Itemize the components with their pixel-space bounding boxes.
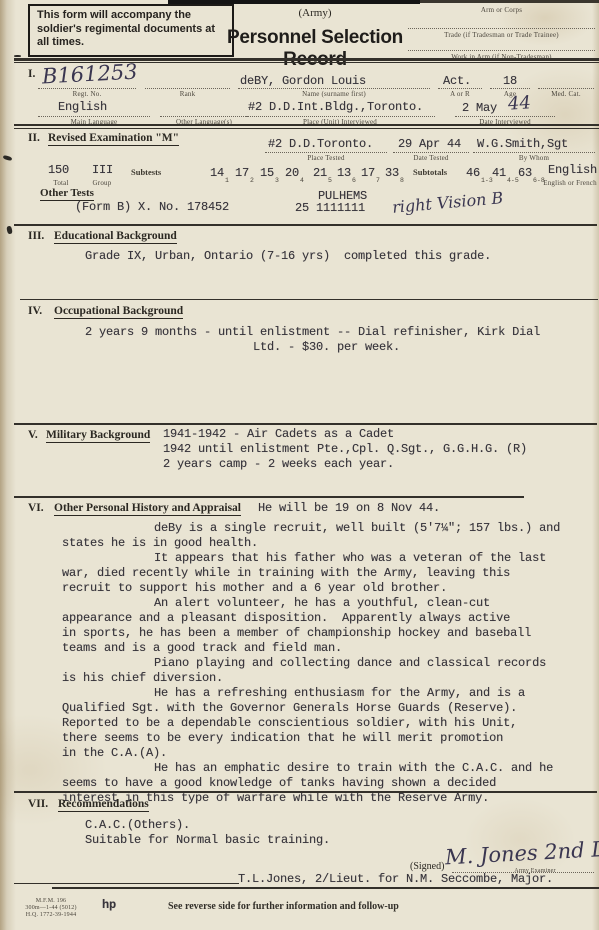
trade-label: Trade (if Tradesman or Trade Trainee) xyxy=(408,31,595,39)
pulhems-value: 25 1111111 xyxy=(295,201,365,215)
form-b-value: (Form B) X. No. 178452 xyxy=(75,200,229,214)
subtest-score-2: 172 xyxy=(235,163,254,184)
ink-speck xyxy=(14,55,21,57)
section3-heading: Educational Background xyxy=(54,230,177,244)
place-tested-label: Place Tested xyxy=(265,154,387,162)
section2-rule xyxy=(14,224,597,226)
cutoff-header-line xyxy=(420,0,599,3)
date-interviewed-value: 2 May xyxy=(462,101,497,115)
place-tested-value: #2 D.D.Toronto. xyxy=(268,137,373,151)
name-line xyxy=(238,88,430,89)
appraisal-paragraph: It appears that his father who was a vet… xyxy=(62,551,572,596)
education-text: Grade IX, Urban, Ontario (7-16 yrs) comp… xyxy=(85,249,491,263)
recommendations-text: C.A.C.(Others). Suitable for Normal basi… xyxy=(85,818,485,848)
section4-rule xyxy=(14,423,597,425)
date-tested-value: 29 Apr 44 xyxy=(398,137,461,151)
med-cat-label: Med. Cat. xyxy=(538,90,594,98)
exam-language-value: English xyxy=(548,163,597,177)
subtest-score-6: 136 xyxy=(337,163,356,184)
section2-number: II. xyxy=(28,132,40,144)
appraisal-paragraphs: deBy is a single recruit, well built (5'… xyxy=(62,521,572,806)
appraisal-headline: He will be 19 on 8 Nov 44. xyxy=(258,501,440,515)
section5-number: V. xyxy=(28,429,38,441)
print-code-3: H.Q. 1772-39-1944 xyxy=(10,912,92,919)
appraisal-paragraph: He has a refreshing enthusiasm for the A… xyxy=(62,686,572,761)
subtest-score-5: 215 xyxy=(313,163,332,184)
army-examiner-label: Army Examiner xyxy=(505,867,565,875)
other-tests-heading: Other Tests xyxy=(40,187,94,201)
a-or-r-label: A or R xyxy=(438,90,482,98)
reverse-side-note: See reverse side for further information… xyxy=(168,901,399,912)
arm-or-corps-label: Arm or Corps xyxy=(408,6,595,14)
officer-underline xyxy=(52,887,599,889)
date-tested-label: Date Tested xyxy=(393,154,469,162)
by-whom-value: W.G.Smith,Sgt xyxy=(477,137,568,151)
m-total-value: 150 xyxy=(48,163,69,177)
section5-heading: Military Background xyxy=(46,429,150,443)
subtest-score-4: 204 xyxy=(285,163,304,184)
print-codes: M.F.M. 196 300m—1-44 (5012) H.Q. 1772-39… xyxy=(10,898,92,919)
personnel-selection-record-form: This form will accompany the soldier's r… xyxy=(0,0,599,930)
section3-rule xyxy=(20,299,598,300)
section4-heading: Occupational Background xyxy=(54,305,183,319)
main-language-value: English xyxy=(58,100,107,114)
date-interviewed-hw: 44 xyxy=(507,92,531,115)
a-or-r-value: Act. xyxy=(443,74,471,88)
age-line xyxy=(490,88,530,89)
by-whom-label: By Whom xyxy=(473,154,595,162)
regt-no-value: B161253 xyxy=(41,60,138,89)
header-rule-thick xyxy=(14,58,599,61)
name-value: deBY, Gordon Louis xyxy=(240,74,366,88)
section3-number: III. xyxy=(28,230,44,242)
signed-label: (Signed) xyxy=(410,861,444,872)
subtest-score-8: 338 xyxy=(385,163,404,184)
trade-line xyxy=(408,28,595,29)
section6-heading: Other Personal History and Appraisal xyxy=(54,502,241,516)
section1-number: I. xyxy=(28,68,35,80)
section5-rule xyxy=(14,496,524,498)
work-in-arm-line xyxy=(408,50,595,51)
place-tested-line xyxy=(265,152,387,153)
section4-number: IV. xyxy=(28,305,42,317)
age-value: 18 xyxy=(503,74,517,88)
occupation-text: 2 years 9 months - until enlistment -- D… xyxy=(85,325,585,355)
pulhems-note-hw: right Vision B xyxy=(391,188,504,217)
ink-speck xyxy=(6,226,13,235)
med-cat-line xyxy=(538,88,594,89)
section2-heading: Revised Examination "M" xyxy=(48,132,179,146)
subtests-label: Subtests xyxy=(131,167,161,177)
clerk-initials: hp xyxy=(102,898,116,912)
section7-number: VII. xyxy=(28,798,48,810)
rank-line xyxy=(145,88,230,89)
other-language-line xyxy=(160,116,248,117)
date-interviewed-line xyxy=(455,116,555,117)
military-text: 1941-1942 - Air Cadets as a Cadet 1942 u… xyxy=(163,427,593,472)
print-code-2: 300m—1-44 (5012) xyxy=(10,905,92,912)
appraisal-paragraph: Piano playing and collecting dance and c… xyxy=(62,656,572,686)
section6-rule xyxy=(14,791,597,793)
appraisal-paragraph: An alert volunteer, he has a youthful, c… xyxy=(62,596,572,656)
section1-rule-thick xyxy=(14,124,599,126)
rank-label: Rank xyxy=(145,90,230,98)
subtotal-4-5: 414-5 xyxy=(492,163,519,184)
print-code-1: M.F.M. 196 xyxy=(10,898,92,905)
signature-left-rule xyxy=(14,883,239,884)
subtest-score-7: 177 xyxy=(361,163,380,184)
regt-no-line xyxy=(38,88,136,89)
subtest-score-3: 153 xyxy=(260,163,279,184)
section7-heading: Recommendations xyxy=(58,798,149,812)
regt-no-label: Regt. No. xyxy=(38,90,136,98)
name-label: Name (surname first) xyxy=(238,90,430,98)
appraisal-paragraph: deBy is a single recruit, well built (5'… xyxy=(62,521,572,551)
place-interviewed-value: #2 D.D.Int.Bldg.,Toronto. xyxy=(248,100,423,114)
army-label: (Army) xyxy=(245,7,385,19)
m-group-value: III xyxy=(92,163,113,177)
exam-language-label: English or French xyxy=(540,179,599,187)
main-language-line xyxy=(38,116,150,117)
place-interviewed-line xyxy=(245,116,435,117)
subtest-score-1: 141 xyxy=(210,163,229,184)
m-group-label: Group xyxy=(82,179,122,187)
subtotal-1-3: 461-3 xyxy=(466,163,493,184)
subtotals-label: Subtotals xyxy=(413,167,447,177)
section1-rule-thin xyxy=(14,128,599,129)
ink-speck xyxy=(3,155,13,162)
by-whom-line xyxy=(473,152,595,153)
section6-number: VI. xyxy=(28,502,44,514)
a-or-r-line xyxy=(438,88,482,89)
m-total-label: Total xyxy=(42,179,80,187)
form-title: Personnel Selection Record xyxy=(200,27,430,71)
date-tested-line xyxy=(393,152,469,153)
